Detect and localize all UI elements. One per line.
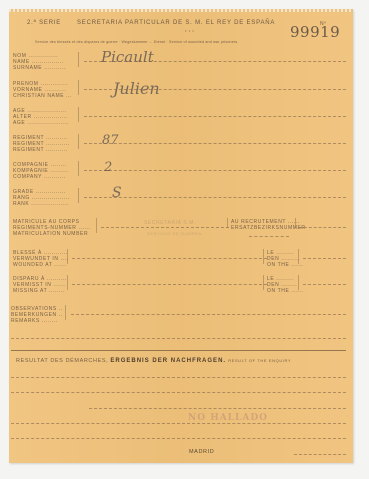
wounded-place-line	[72, 258, 267, 259]
faint-stamp-line2: SERVICIO DE GUERRA	[147, 231, 202, 237]
rank-line	[84, 197, 346, 198]
wounded-brace: |||	[67, 250, 68, 265]
wounded-labels: BLESSÉ À ............ VERWUNDET IN .... …	[13, 250, 69, 268]
missing-labels: DISPARU À .......... VERMISST IN ...... …	[13, 276, 67, 294]
surname-line	[84, 61, 346, 62]
title-ornament: • • •	[185, 28, 194, 34]
company-labels: COMPAGNIE ........ KOMPAGNIE ......... C…	[13, 162, 68, 180]
wounded-date-brace-right: |||	[298, 250, 299, 265]
recruitment-brace-left: ||	[227, 219, 228, 229]
missing-brace: |||	[67, 276, 68, 291]
signature-line	[294, 454, 346, 455]
regiment-line	[84, 143, 346, 144]
firstname-brace: |||	[78, 81, 79, 96]
missing-date-brace-right: |||	[298, 276, 299, 291]
result-line-5	[11, 438, 346, 439]
age-brace: |||	[78, 108, 79, 123]
recruitment-line	[299, 227, 346, 228]
remarks-labels: OBSERVATIONS .. BEMERKUNGEN .. REMARKS .…	[11, 306, 63, 324]
surname-value: Picault	[101, 48, 154, 66]
surname-labels: NOM ............... NAME ...............…	[13, 53, 66, 71]
result-line-3	[89, 408, 346, 409]
recruitment-brace-right: ||	[295, 219, 296, 229]
result-divider	[11, 350, 346, 351]
footer-city: MADRID	[189, 449, 214, 455]
card-title: SECRETARIA PARTICULAR DE S. M. EL REY DE…	[77, 20, 275, 26]
card-number: 99919	[290, 23, 340, 41]
result-heading-de: ERGEBNIS DER NACHFRAGEN.	[110, 358, 226, 364]
company-line	[84, 170, 346, 171]
result-line-4	[11, 423, 346, 424]
wounded-date-brace-left: |||	[263, 250, 264, 265]
age-labels: AGE .................... ALTER .........…	[13, 108, 69, 126]
matricule-brace: |||	[96, 219, 97, 234]
company-value: 2	[104, 160, 112, 175]
result-heading: RESULTAT DES DÉMARCHES, ERGEBNIS DER NAC…	[16, 358, 291, 364]
missing-date-brace-left: |||	[263, 276, 264, 291]
matricule-labels: MATRICULE AU CORPS REGIMENTS-NUMMER ....…	[13, 219, 90, 237]
wounded-date-line	[303, 258, 346, 259]
rank-brace: |||	[78, 189, 79, 204]
recruitment-underline	[249, 236, 289, 237]
faint-stamp-line1: SECRETARIA S.M.	[144, 220, 196, 226]
missing-date-line	[303, 284, 346, 285]
enquiry-card: 2.ª SERIE SECRETARIA PARTICULAR DE S. M.…	[9, 9, 353, 463]
regiment-brace: |||	[78, 135, 79, 150]
firstname-labels: PRENOM .............. VORNAME ..........…	[13, 81, 72, 99]
not-found-stamp: NO HALLADO	[188, 413, 268, 423]
company-brace: |||	[78, 162, 79, 177]
series-label: 2.ª SERIE	[27, 20, 61, 26]
age-line	[84, 116, 346, 117]
regiment-labels: REGIMENT ........... REGIMENT ..........…	[13, 135, 70, 153]
firstname-line	[84, 89, 346, 90]
missing-place-line	[72, 284, 267, 285]
card-subtitle: Service des blessés et des disparus de g…	[35, 39, 239, 45]
matricule-line	[101, 227, 229, 228]
result-heading-fr: RESULTAT DES DÉMARCHES,	[16, 358, 108, 364]
result-line-2	[11, 392, 346, 393]
result-line-1	[11, 377, 346, 378]
result-heading-en: RESULT OF THE ENQUIRY	[228, 358, 291, 363]
remarks-brace: |||	[65, 306, 66, 321]
rank-value: S	[112, 185, 122, 201]
remarks-line-1	[71, 314, 346, 315]
surname-brace: |||	[78, 53, 79, 68]
remarks-line-2	[11, 338, 346, 339]
rank-labels: GRADE ............... RANG .............…	[13, 189, 70, 207]
regiment-value: 87	[102, 133, 119, 148]
